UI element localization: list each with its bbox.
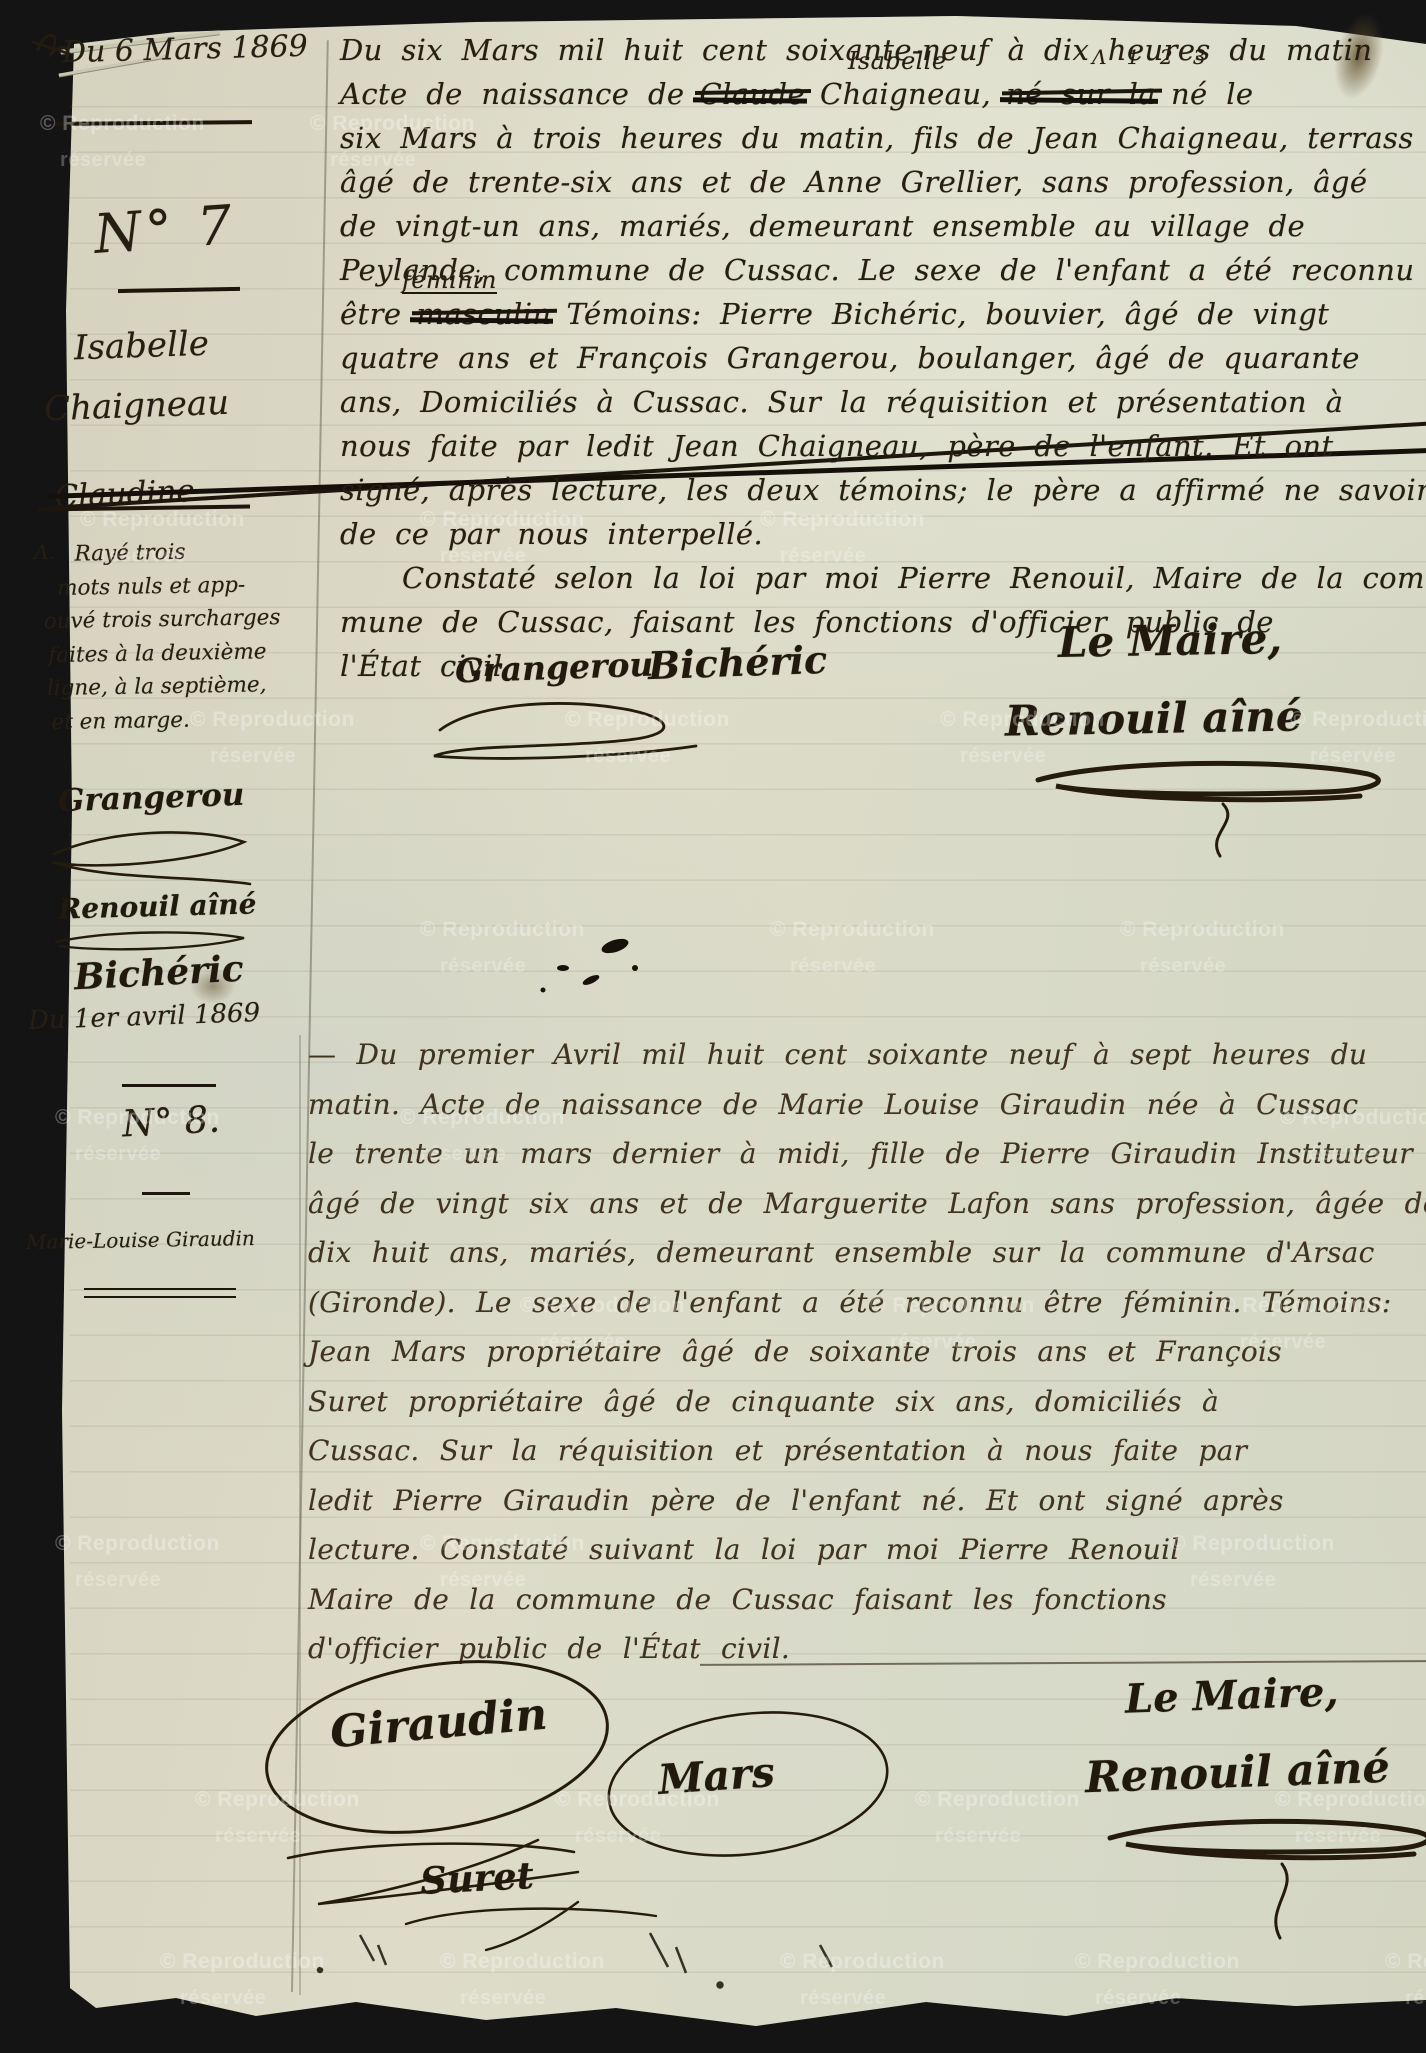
margin-act1-date: Du 6 Mars 1869	[62, 29, 309, 70]
act1-line: quatre ans et François Grangerou, boulan…	[340, 336, 1426, 380]
margin-note-caret: Λ.	[34, 540, 55, 564]
act1-line: nous faite par ledit Jean Chaigneau, pèr…	[340, 424, 1426, 468]
margin-note-line: ligne, à la septième,	[47, 668, 282, 706]
margin-note-line: faites à la deuxième	[48, 635, 281, 673]
act2-line: matin. Acte de naissance de Marie Louise…	[308, 1080, 1426, 1130]
act1-text: Du six Mars mil huit cent soixante-neuf …	[340, 28, 1426, 688]
act2-line: le trente un mars dernier à midi, fille …	[308, 1129, 1426, 1179]
suret-flourish	[398, 1898, 668, 1954]
act2-line: dix huit ans, mariés, demeurant ensemble…	[308, 1228, 1426, 1278]
margin-signature-grangerou: Grangerou	[57, 777, 245, 819]
margin-act2-number: N° 8.	[121, 1097, 221, 1145]
margin-signature-bicheric: Bichéric	[73, 948, 245, 999]
act2-line: Cussac. Sur la réquisition et présentati…	[308, 1426, 1426, 1476]
act2-line: Jean Mars propriétaire âgé de soixante t…	[308, 1327, 1426, 1377]
margin-note-line: mots nuls et app-	[57, 568, 280, 605]
act2-line: âgé de vingt six ans et de Marguerite La…	[308, 1179, 1426, 1229]
act1-line7-pre: être	[340, 297, 401, 331]
margin-note-line: et en marge.	[51, 702, 282, 740]
margin-child-surname: Chaigneau	[43, 383, 229, 429]
margin-act1-number: N° 7	[92, 193, 238, 266]
margin-signature-renouil: Renouil aîné	[58, 887, 257, 925]
register-page-scan: Du 6 Mars 1869 N° 7 Isabelle Chaigneau C…	[0, 0, 1426, 2053]
act2-line: Maire de la commune de Cussac faisant le…	[308, 1575, 1426, 1625]
margin-double-rule	[84, 1288, 236, 1298]
act1-surname: Chaigneau,	[820, 77, 991, 111]
ink-specks	[525, 928, 675, 1008]
act1-line2-pre: Acte de naissance de	[340, 77, 684, 111]
margin-divider	[142, 1192, 190, 1195]
act1-signature-mayor-title: Le Maire,	[1058, 614, 1283, 667]
act1-signature-grangerou: Grangerou	[454, 645, 654, 691]
act2-text: — Du premier Avril mil huit cent soixant…	[308, 1030, 1426, 1674]
margin-child-firstname: Isabelle	[73, 324, 209, 369]
act1-line: de ce par nous interpellé.	[340, 512, 1426, 556]
act2-signature-suret: Suret	[419, 1853, 535, 1903]
act1-line2-post: né le	[1171, 77, 1254, 111]
act2-signature-mars: Mars	[656, 1748, 776, 1804]
act1-line: de vingt-un ans, mariés, demeurant ensem…	[340, 204, 1426, 248]
act2-line: — Du premier Avril mil huit cent soixant…	[308, 1030, 1426, 1080]
act2-line: lecture. Constaté suivant la loi par moi…	[308, 1525, 1426, 1575]
act1-line-with-corrections: Acte de naissance deClaudeChaigneau,né s…	[340, 72, 1426, 116]
act2-signature-renouil: Renouil aîné	[1084, 1743, 1390, 1804]
act1-line: ans, Domiciliés à Cussac. Sur la réquisi…	[340, 380, 1426, 424]
act1-signature-renouil: Renouil aîné	[1005, 691, 1303, 745]
struck-sex-word: masculin	[416, 297, 551, 331]
act2-renouil-paraph	[1092, 1812, 1426, 1952]
margin-note-line: Rayé trois	[56, 534, 279, 571]
act2-line: Suret propriétaire âgé de cinquante six …	[308, 1377, 1426, 1427]
inserted-name-above: Isabelle	[848, 49, 946, 73]
struck-words: né sur la	[1006, 77, 1156, 111]
correction-marks: Λ 1 2 3	[1092, 45, 1212, 69]
act1-line-with-corrections: êtremasculinTémoins: Pierre Bichéric, bo…	[340, 292, 1426, 336]
act2-signature-mayor-title: Le Maire,	[1124, 1668, 1339, 1722]
struck-forename: Claude	[699, 77, 805, 111]
act1-line: âgé de trente-six ans et de Anne Grellie…	[340, 160, 1426, 204]
margin-divider	[122, 1084, 216, 1087]
act2-line: ledit Pierre Giraudin père de l'enfant n…	[308, 1476, 1426, 1526]
act1-grangerou-flourish	[428, 694, 708, 774]
act1-line: Peylande, commune de Cussac. Le sexe de …	[340, 248, 1426, 292]
act1-closing-line: Constaté selon la loi par moi Pierre Ren…	[340, 556, 1426, 600]
act1-line: signé, après lecture, les deux témoins; …	[340, 468, 1426, 512]
act1-renouil-paraph	[1018, 752, 1418, 862]
act1-line7-post: Témoins: Pierre Bichéric, bouvier, âgé d…	[566, 297, 1329, 331]
inserted-sex-word: féminin	[402, 268, 497, 294]
margin-note-line: ouvé trois surcharges	[43, 601, 280, 639]
act1-line: six Mars à trois heures du matin, fils d…	[340, 116, 1426, 160]
margin-annotation: Rayé trois mots nuls et app- ouvé trois …	[56, 534, 282, 739]
act1-signature-bicheric: Bichéric	[647, 637, 828, 688]
act2-line: (Gironde). Le sexe de l'enfant a été rec…	[308, 1278, 1426, 1328]
margin-act2-name: Marie-Louise Giraudin	[26, 1226, 255, 1254]
